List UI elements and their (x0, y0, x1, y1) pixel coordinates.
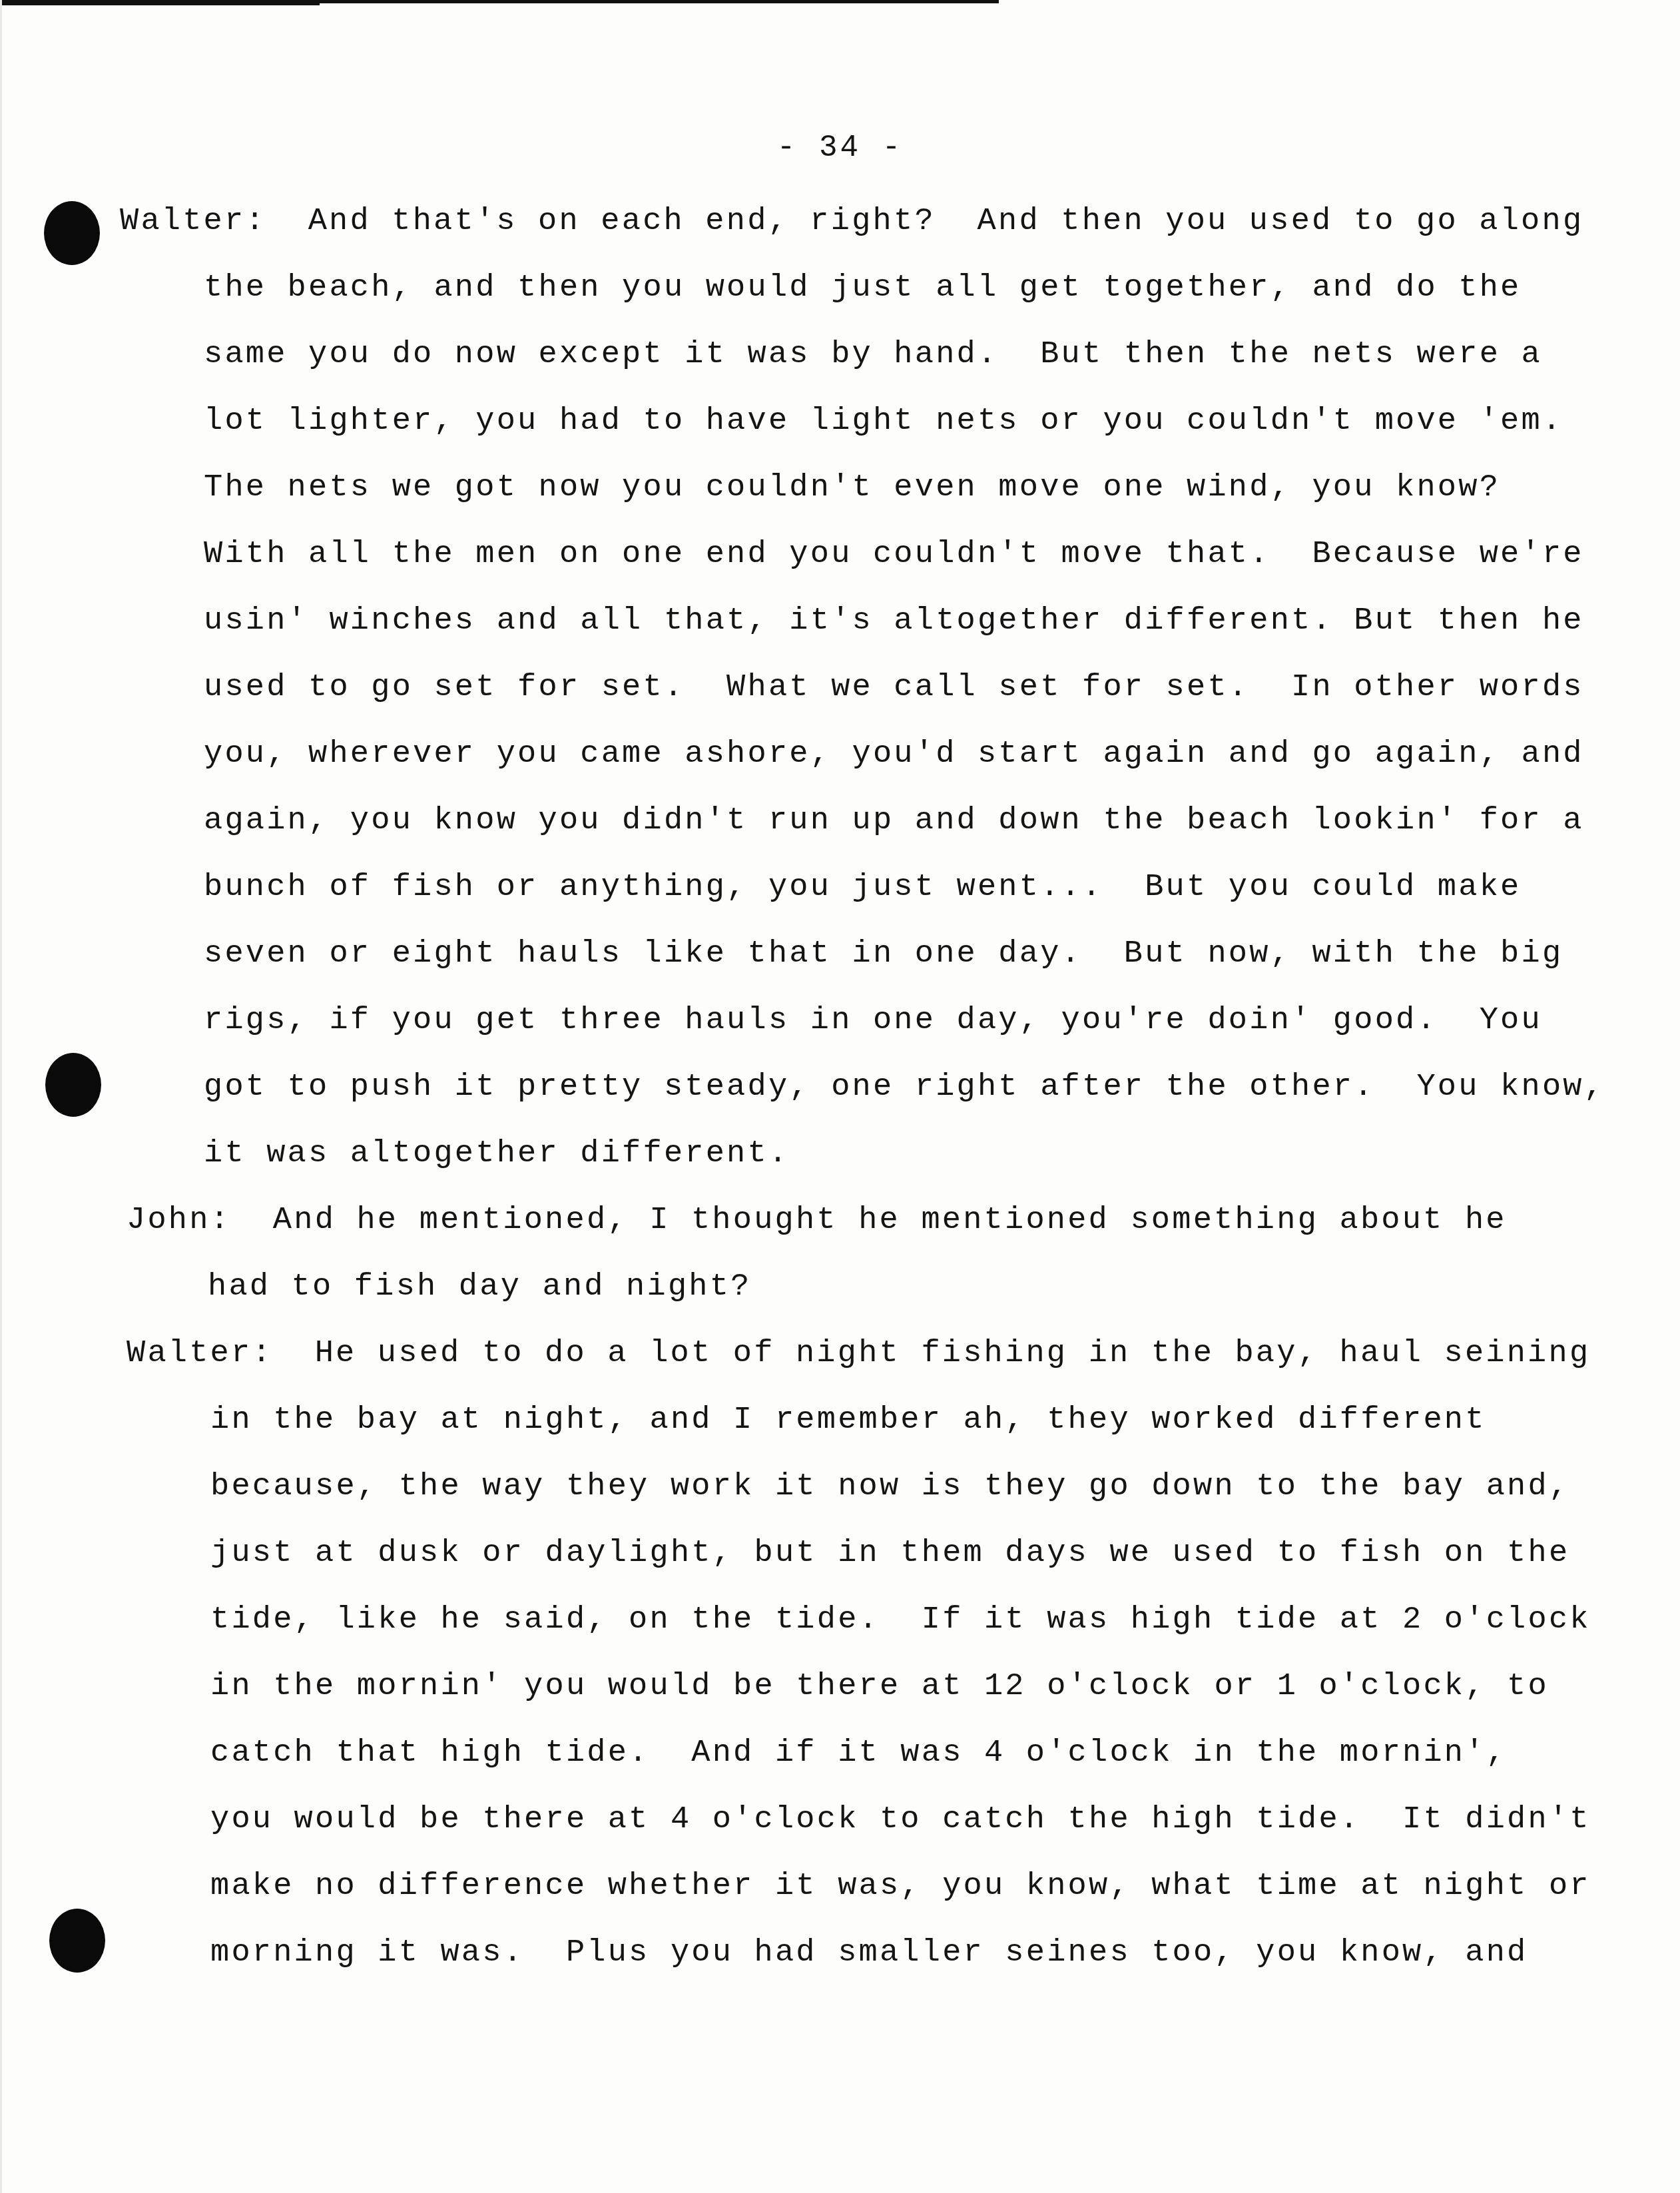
transcript-line: With all the men on one end you couldn't… (204, 535, 1584, 575)
transcript-line: you would be there at 4 o'clock to catch… (210, 1800, 1591, 1840)
transcript-line: used to go set for set. What we call set… (204, 668, 1584, 708)
speaker-line: Walter: And that's on each end, right? A… (120, 202, 1583, 242)
speaker-line: Walter: He used to do a lot of night fis… (127, 1334, 1590, 1374)
transcript-line: in the bay at night, and I remember ah, … (210, 1401, 1486, 1440)
transcript-line: again, you know you didn't run up and do… (204, 801, 1584, 841)
transcript-line: And that's on each end, right? And then … (308, 204, 1584, 239)
speaker-label: Walter: (127, 1336, 273, 1371)
speaker-line: John: And he mentioned, I thought he men… (127, 1201, 1507, 1241)
transcript-line: morning it was. Plus you had smaller sei… (210, 1933, 1528, 1973)
transcript-line: got to push it pretty steady, one right … (204, 1068, 1605, 1107)
transcript-line: had to fish day and night? (208, 1267, 752, 1307)
page-number: - 34 - (0, 131, 1680, 165)
transcript-line: lot lighter, you had to have light nets … (204, 402, 1563, 442)
transcript-line: bunch of fish or anything, you just went… (204, 868, 1522, 908)
transcript-line: you, wherever you came ashore, you'd sta… (204, 735, 1584, 775)
transcript-line: because, the way they work it now is the… (210, 1467, 1569, 1507)
speaker-label: Walter: (120, 204, 266, 239)
transcript-line: catch that high tide. And if it was 4 o'… (210, 1733, 1507, 1773)
transcript-line: in the mornin' you would be there at 12 … (210, 1667, 1549, 1707)
transcript-line: usin' winches and all that, it's altoget… (204, 601, 1584, 641)
transcript-line: it was altogether different. (204, 1134, 789, 1174)
transcript-line: same you do now except it was by hand. B… (204, 335, 1542, 375)
punch-hole-icon (45, 1053, 101, 1117)
transcript-line: And he mentioned, I thought he mentioned… (273, 1203, 1507, 1238)
speaker-label: John: (127, 1203, 231, 1238)
transcript-line: the beach, and then you would just all g… (204, 268, 1522, 308)
transcript-line: seven or eight hauls like that in one da… (204, 934, 1563, 974)
transcript-line: He used to do a lot of night fishing in … (315, 1336, 1591, 1371)
transcript-line: tide, like he said, on the tide. If it w… (210, 1600, 1591, 1640)
punch-hole-icon (49, 1909, 105, 1973)
punch-hole-icon (44, 201, 100, 265)
transcript-line: just at dusk or daylight, but in them da… (210, 1534, 1569, 1574)
transcript-line: make no difference whether it was, you k… (210, 1867, 1591, 1907)
scan-left-edge (0, 0, 2, 2193)
transcript-line: The nets we got now you couldn't even mo… (204, 468, 1500, 508)
transcript-line: rigs, if you get three hauls in one day,… (204, 1001, 1542, 1041)
scan-top-edge (0, 0, 999, 3)
